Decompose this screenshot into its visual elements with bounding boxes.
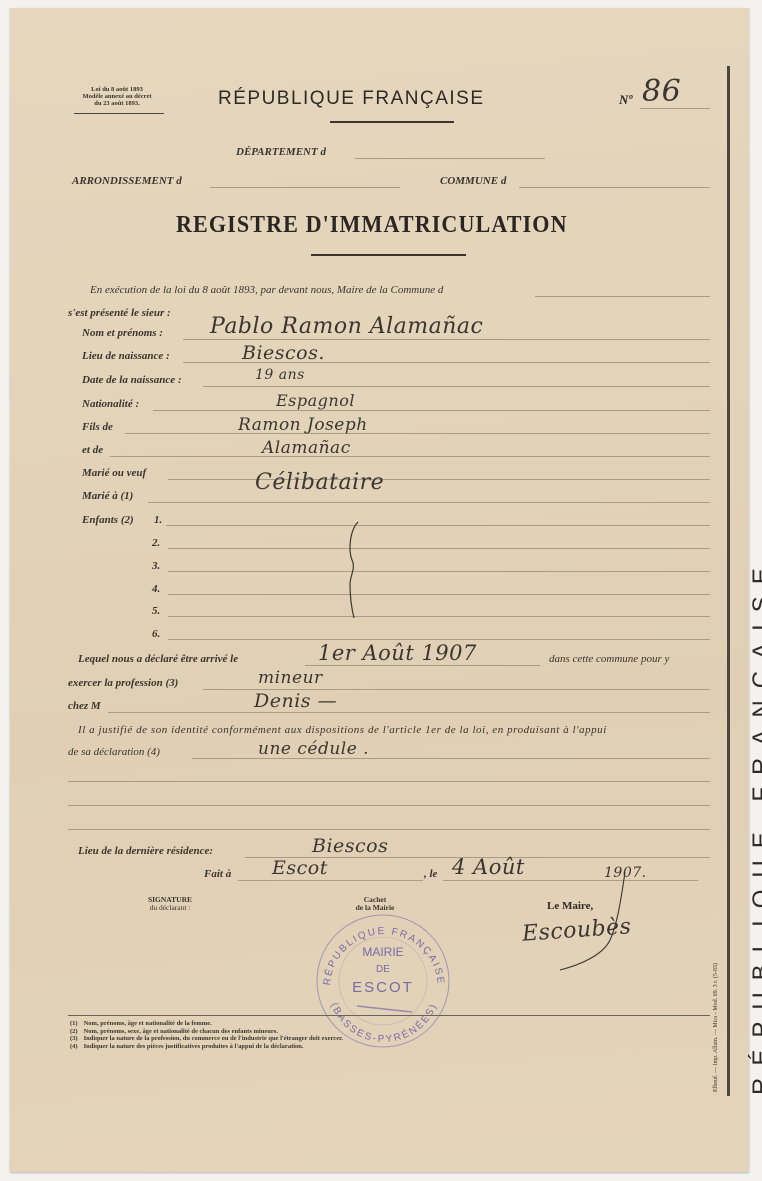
footnote-rule — [68, 1015, 710, 1016]
brace-mark — [344, 520, 364, 620]
presented-text: s'est présenté le sieur : — [68, 307, 171, 319]
field-value-et-de[interactable]: Alamañac — [262, 438, 351, 458]
republic-header: RÉPUBLIQUE FRANÇAISE — [218, 88, 485, 110]
field-value-nom[interactable]: Pablo Ramon Alamañac — [210, 314, 483, 339]
field-value-fils-de[interactable]: Ramon Joseph — [238, 415, 368, 435]
arrival-label: Lequel nous a déclaré être arrivé le — [78, 653, 238, 665]
footnote-text: Indiquer la nature de la profession, du … — [84, 1035, 349, 1043]
arrival-date-value[interactable]: 1er Août 1907 — [318, 641, 477, 665]
declarant-label-line: du déclarant : — [130, 904, 210, 912]
footnote-text: Indiquer la nature des pièces justificat… — [84, 1043, 349, 1051]
blank-line[interactable] — [68, 805, 710, 806]
child-number: 6. — [152, 628, 160, 640]
footnote-item: (3)Indiquer la nature de la profession, … — [70, 1035, 349, 1043]
field-line-et-de — [110, 456, 710, 457]
identity-text: Il a justifié de son identité conforméme… — [78, 724, 607, 736]
footnote-number: (3) — [70, 1035, 84, 1043]
footnote-text: Nom, prénoms, âge et nationalité de la f… — [84, 1020, 349, 1028]
commune-field[interactable] — [519, 187, 710, 188]
field-line-fils-de — [125, 433, 710, 434]
child-number: 5. — [152, 605, 160, 617]
field-label-marie-ou-veuf: Marié ou veuf — [82, 467, 146, 479]
field-value-lieu[interactable]: Biescos. — [242, 342, 325, 364]
intro-commune-field[interactable] — [535, 296, 710, 297]
done-at-date-value[interactable]: 4 Août — [452, 855, 525, 879]
arrondissement-label: ARRONDISSEMENT d — [72, 175, 182, 187]
done-at-date-label: , le — [424, 868, 437, 880]
blank-line[interactable] — [68, 781, 710, 782]
chez-value[interactable]: Denis — — [254, 690, 337, 712]
form-title: REGISTRE D'IMMATRICULATION — [176, 212, 568, 239]
field-line-date — [203, 386, 710, 387]
footnote-item: (4)Indiquer la nature des pièces justifi… — [70, 1043, 349, 1051]
declarant-signature-label: SIGNATURE du déclarant : — [130, 896, 210, 912]
arrival-suffix: dans cette commune pour y — [549, 653, 669, 665]
child-line[interactable] — [168, 571, 710, 572]
field-value-date[interactable]: 19 ans — [255, 367, 305, 383]
blank-line[interactable] — [68, 829, 710, 830]
field-line-marie-a — [148, 502, 710, 503]
number-value[interactable]: 86 — [642, 74, 681, 109]
footnote-item: (2)Nom, prénoms, sexe, âge et nationalit… — [70, 1028, 349, 1036]
child-line[interactable] — [166, 525, 710, 526]
footnote-number: (1) — [70, 1020, 84, 1028]
departement-label: DÉPARTEMENT d — [236, 146, 326, 158]
margin-rule — [727, 66, 730, 1096]
title-rule — [311, 254, 466, 256]
child-number: 1. — [154, 514, 162, 526]
chez-label: chez M — [68, 700, 101, 712]
done-at-label: Fait à — [204, 868, 231, 880]
field-label-marie-a: Marié à (1) — [82, 490, 133, 502]
child-line[interactable] — [168, 594, 710, 595]
declaration-value[interactable]: une cédule . — [258, 739, 369, 759]
declaration-label: de sa déclaration (4) — [68, 746, 160, 758]
field-value-marie-a[interactable]: Célibataire — [255, 470, 384, 495]
child-number: 2. — [152, 537, 160, 549]
field-line-nationalite — [153, 410, 710, 411]
field-value-nationalite[interactable]: Espagnol — [276, 391, 355, 410]
done-at-place-value[interactable]: Escot — [272, 857, 328, 879]
last-residence-label: Lieu de la dernière résidence: — [78, 845, 213, 857]
svg-text:ESCOT: ESCOT — [352, 979, 414, 996]
departement-field[interactable] — [355, 158, 545, 159]
field-label-fils-de: Fils de — [82, 421, 113, 433]
footnote-number: (4) — [70, 1043, 84, 1051]
field-line-nom — [183, 339, 710, 340]
svg-text:DE: DE — [376, 964, 390, 975]
footnote-number: (2) — [70, 1028, 84, 1036]
field-label-nom: Nom et prénoms : — [82, 327, 163, 339]
last-residence-value[interactable]: Biescos — [312, 835, 388, 857]
arrondissement-field[interactable] — [210, 187, 400, 188]
field-line-marie-ou-veuf — [168, 479, 710, 480]
child-line[interactable] — [168, 548, 710, 549]
number-line — [640, 108, 710, 109]
intro-text: En exécution de la loi du 8 août 1893, p… — [90, 284, 443, 296]
printer-imprint: Elbeuf. — Imp. Allain. — Mics - Mod. 69.… — [713, 963, 719, 1092]
commune-label: COMMUNE d — [440, 175, 506, 187]
ornamental-rule — [74, 113, 164, 114]
footnote-text: Nom, prénoms, sexe, âge et nationalité d… — [84, 1028, 349, 1036]
law-notice: Loi du 8 août 1893 Modèle annexé au décr… — [62, 86, 172, 107]
done-at-place-line — [238, 880, 423, 881]
law-notice-line: du 23 août 1893. — [62, 100, 172, 107]
margin-vertical-title: RÉPUBLIQUE FRANÇAISE — [748, 556, 762, 1095]
field-label-date: Date de la naissance : — [82, 374, 182, 386]
svg-text:MAIRIE: MAIRIE — [362, 945, 403, 959]
child-number: 4. — [152, 583, 160, 595]
field-label-lieu: Lieu de naissance : — [82, 350, 170, 362]
field-label-nationalite: Nationalité : — [82, 398, 139, 410]
child-line[interactable] — [168, 639, 710, 640]
profession-value[interactable]: mineur — [258, 668, 323, 688]
profession-label: exercer la profession (3) — [68, 677, 178, 689]
children-label: Enfants (2) — [82, 514, 134, 526]
footnotes: (1)Nom, prénoms, âge et nationalité de l… — [70, 1020, 349, 1050]
arrival-date-line — [305, 665, 540, 666]
footnote-item: (1)Nom, prénoms, âge et nationalité de l… — [70, 1020, 349, 1028]
signature-flourish — [555, 870, 635, 980]
field-label-et-de: et de — [82, 444, 103, 456]
child-line[interactable] — [168, 616, 710, 617]
header-rule — [330, 121, 454, 123]
number-label: Nº — [619, 92, 632, 108]
chez-line — [108, 712, 710, 713]
child-number: 3. — [152, 560, 160, 572]
law-notice-line: Loi du 8 août 1893 — [62, 86, 172, 93]
law-notice-line: Modèle annexé au décret — [62, 93, 172, 100]
